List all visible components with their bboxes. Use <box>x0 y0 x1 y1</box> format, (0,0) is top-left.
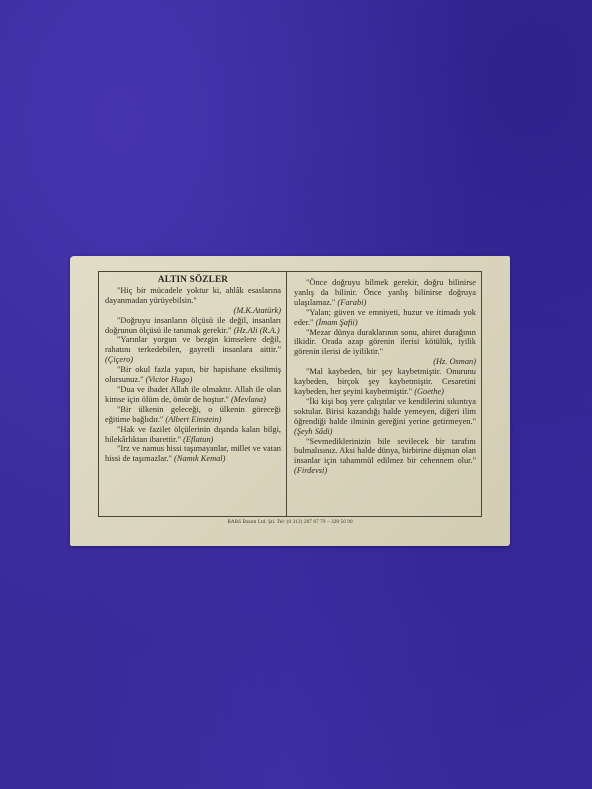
quote-author: (Şeyh Sâdi) <box>294 427 332 436</box>
quote-author: (Albert Einstein) <box>165 415 221 424</box>
quote-author: (Farabi) <box>337 298 366 307</box>
quote-text: "Yarınlar yorgun ve bezgin kimselere değ… <box>105 335 281 354</box>
quotes-frame: ALTIN SÖZLER "Hiç bir mücadele yoktur ki… <box>98 271 482 517</box>
quote-author: (Hz. Osman) <box>294 357 476 367</box>
quote: "Hak ve fazilet ölçülerinin dışında kala… <box>105 425 281 445</box>
quote-author: (Goethe) <box>414 387 444 396</box>
left-quotes-list: "Hiç bir mücadele yoktur ki, ahlâk esasl… <box>105 286 281 464</box>
quote: "Doğruyu insanların ölçüsü ile değil, in… <box>105 316 281 336</box>
clipping-title: ALTIN SÖZLER <box>105 275 281 285</box>
quote-author: (Hz.Ali (R.A.) <box>234 326 280 335</box>
quote: "Mezar dünya duraklarının sonu, ahiret d… <box>294 328 476 368</box>
quote-text: "Mal kaybeden, bir şey kaybetmiştir. Onu… <box>294 367 476 396</box>
quote-author: (Firdevsi) <box>294 466 327 475</box>
quote-author: (Victor Hugo) <box>146 375 193 384</box>
quote-author: (Çiçero) <box>105 355 133 364</box>
right-quotes-list: "Önce doğruyu bilmek gerekir, doğru bili… <box>294 278 476 476</box>
left-column: ALTIN SÖZLER "Hiç bir mücadele yoktur ki… <box>99 272 287 516</box>
quote: "Yarınlar yorgun ve bezgin kimselere değ… <box>105 335 281 365</box>
quote: "Bir ülkenin geleceği, o ülkenin göreceğ… <box>105 405 281 425</box>
right-column: "Önce doğruyu bilmek gerekir, doğru bili… <box>287 272 481 516</box>
quote: "Yalan; güven ve emniyeti, huzur ve itim… <box>294 308 476 328</box>
quote: "Dua ve ibadet Allah ile olmaktır. Allah… <box>105 385 281 405</box>
quote-author: (M.K.Atatürk) <box>105 306 281 316</box>
quote-text: "İki kişi boş yere çalıştılar ve kendile… <box>294 397 476 426</box>
quote: "İki kişi boş yere çalıştılar ve kendile… <box>294 397 476 437</box>
quote-text: "Bir okul fazla yapın, bir hapishane eks… <box>105 365 281 384</box>
newspaper-clipping: ALTIN SÖZLER "Hiç bir mücadele yoktur ki… <box>70 256 510 546</box>
quote-text: "Mezar dünya duraklarının sonu, ahiret d… <box>294 328 476 357</box>
quote: "Önce doğruyu bilmek gerekir, doğru bili… <box>294 278 476 308</box>
quote: "Irz ve namus hissi taşımayanlar, millet… <box>105 444 281 464</box>
quote-text: "Sevmediklerinizin bile sevilecek bir ta… <box>294 437 476 466</box>
quote-author: (İmam Şafii) <box>316 318 358 327</box>
quote-text: "Önce doğruyu bilmek gerekir, doğru bili… <box>294 278 476 307</box>
quote-text: "Hiç bir mücadele yoktur ki, ahlâk esasl… <box>105 286 281 305</box>
quote: "Bir okul fazla yapın, bir hapishane eks… <box>105 365 281 385</box>
quote-author: (Mevlana) <box>231 395 266 404</box>
quote: "Hiç bir mücadele yoktur ki, ahlâk esasl… <box>105 286 281 316</box>
quote-author: (Eflatun) <box>183 435 213 444</box>
quote-author: (Namık Kemal) <box>174 454 225 463</box>
printer-footer: BARS Basım Ltd. Şti. Tel: (0 312) 287 87… <box>70 519 510 525</box>
quote: "Sevmediklerinizin bile sevilecek bir ta… <box>294 437 476 477</box>
quote: "Mal kaybeden, bir şey kaybetmiştir. Onu… <box>294 367 476 397</box>
